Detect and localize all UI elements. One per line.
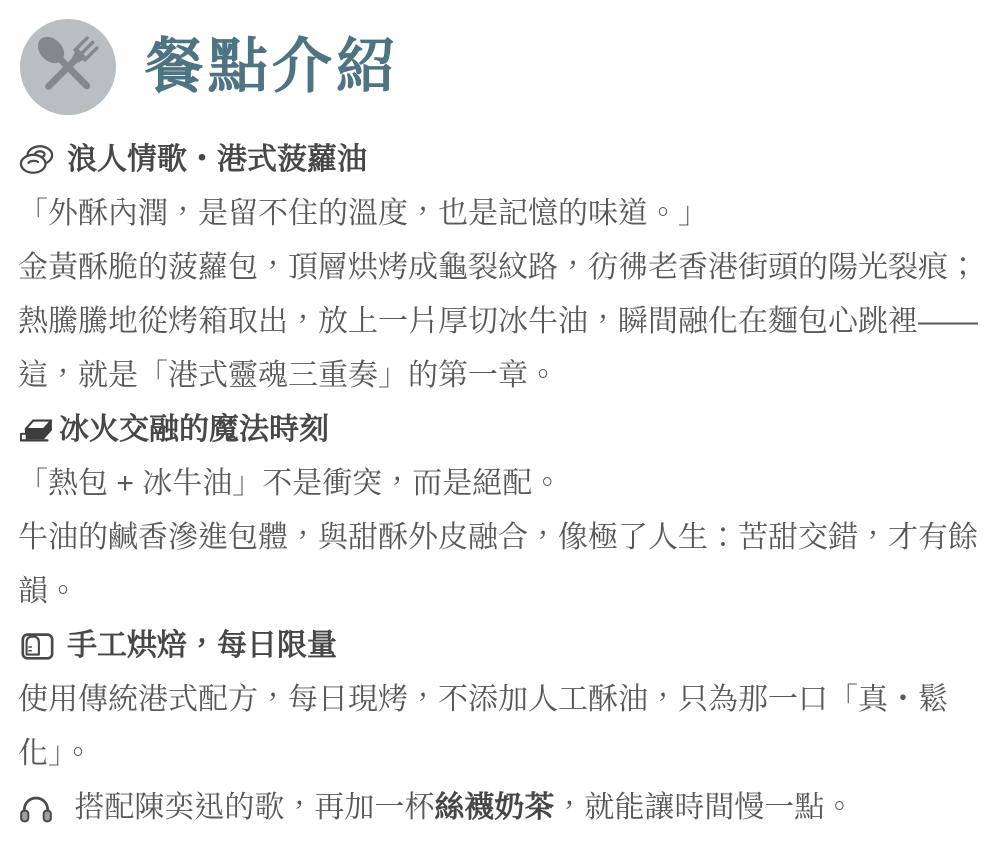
page-header: 餐點介紹 — [18, 17, 980, 117]
page-content: 浪人情歌・港式菠蘿油 「外酥內潤，是留不住的溫度，也是記憶的味道。」 金黃酥脆的… — [18, 133, 980, 835]
footer-line: 搭配陳奕迅的歌，再加一杯絲襪奶茶，就能讓時間慢一點。 — [18, 781, 980, 835]
section-heading-ice-fire: 冰火交融的魔法時刻 — [18, 403, 980, 457]
meal-intro-page: 餐點介紹 浪人情歌・港式菠蘿油 「外酥內潤，是留不住的溫度，也是記憶的味道。」 … — [0, 0, 1000, 855]
footer-text-pre: 搭配陳奕迅的歌，再加一杯 — [74, 791, 434, 824]
section-heading-text: 浪人情歌・港式菠蘿油 — [67, 133, 367, 187]
butter-icon — [18, 413, 56, 447]
paragraph: 「熱包 + 冰牛油」不是衝突，而是絕配。 — [18, 457, 980, 511]
section-heading-handmade: 手工烘焙，每日限量 — [18, 619, 980, 673]
cookies-icon — [18, 143, 56, 177]
utensils-icon — [18, 17, 118, 117]
section-heading-pineapple-bun: 浪人情歌・港式菠蘿油 — [18, 133, 980, 187]
bread-icon — [18, 628, 56, 664]
section-heading-text: 手工烘焙，每日限量 — [67, 619, 337, 673]
section-heading-text: 冰火交融的魔法時刻 — [59, 403, 329, 457]
paragraph: 「外酥內潤，是留不住的溫度，也是記憶的味道。」 — [18, 187, 980, 241]
paragraph: 牛油的鹹香滲進包體，與甜酥外皮融合，像極了人生：苦甜交錯，才有餘韻。 — [18, 511, 980, 619]
page-title: 餐點介紹 — [144, 34, 400, 100]
footer-text-post: ，就能讓時間慢一點。 — [554, 791, 854, 824]
headphones-icon — [18, 791, 74, 824]
paragraph: 使用傳統港式配方，每日現烤，不添加人工酥油，只為那一口「真・鬆化」。 — [18, 673, 980, 781]
paragraph: 金黃酥脆的菠蘿包，頂層烘烤成龜裂紋路，彷彿老香港街頭的陽光裂痕；熱騰騰地從烤箱取… — [18, 241, 980, 403]
footer-text-bold: 絲襪奶茶 — [434, 791, 554, 824]
